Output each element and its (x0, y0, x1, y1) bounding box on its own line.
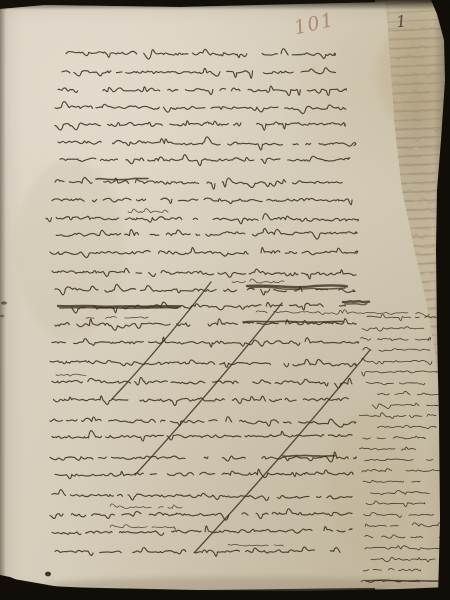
folio-number-red: 101 (292, 9, 337, 40)
top-edge-shadow (0, 0, 450, 10)
manuscript-scan: 101 1 (0, 0, 450, 600)
corner-page-number: 1 (395, 11, 407, 31)
handwriting-ink-layer: 101 1 (0, 0, 450, 600)
left-edge-shadow (0, 0, 6, 600)
